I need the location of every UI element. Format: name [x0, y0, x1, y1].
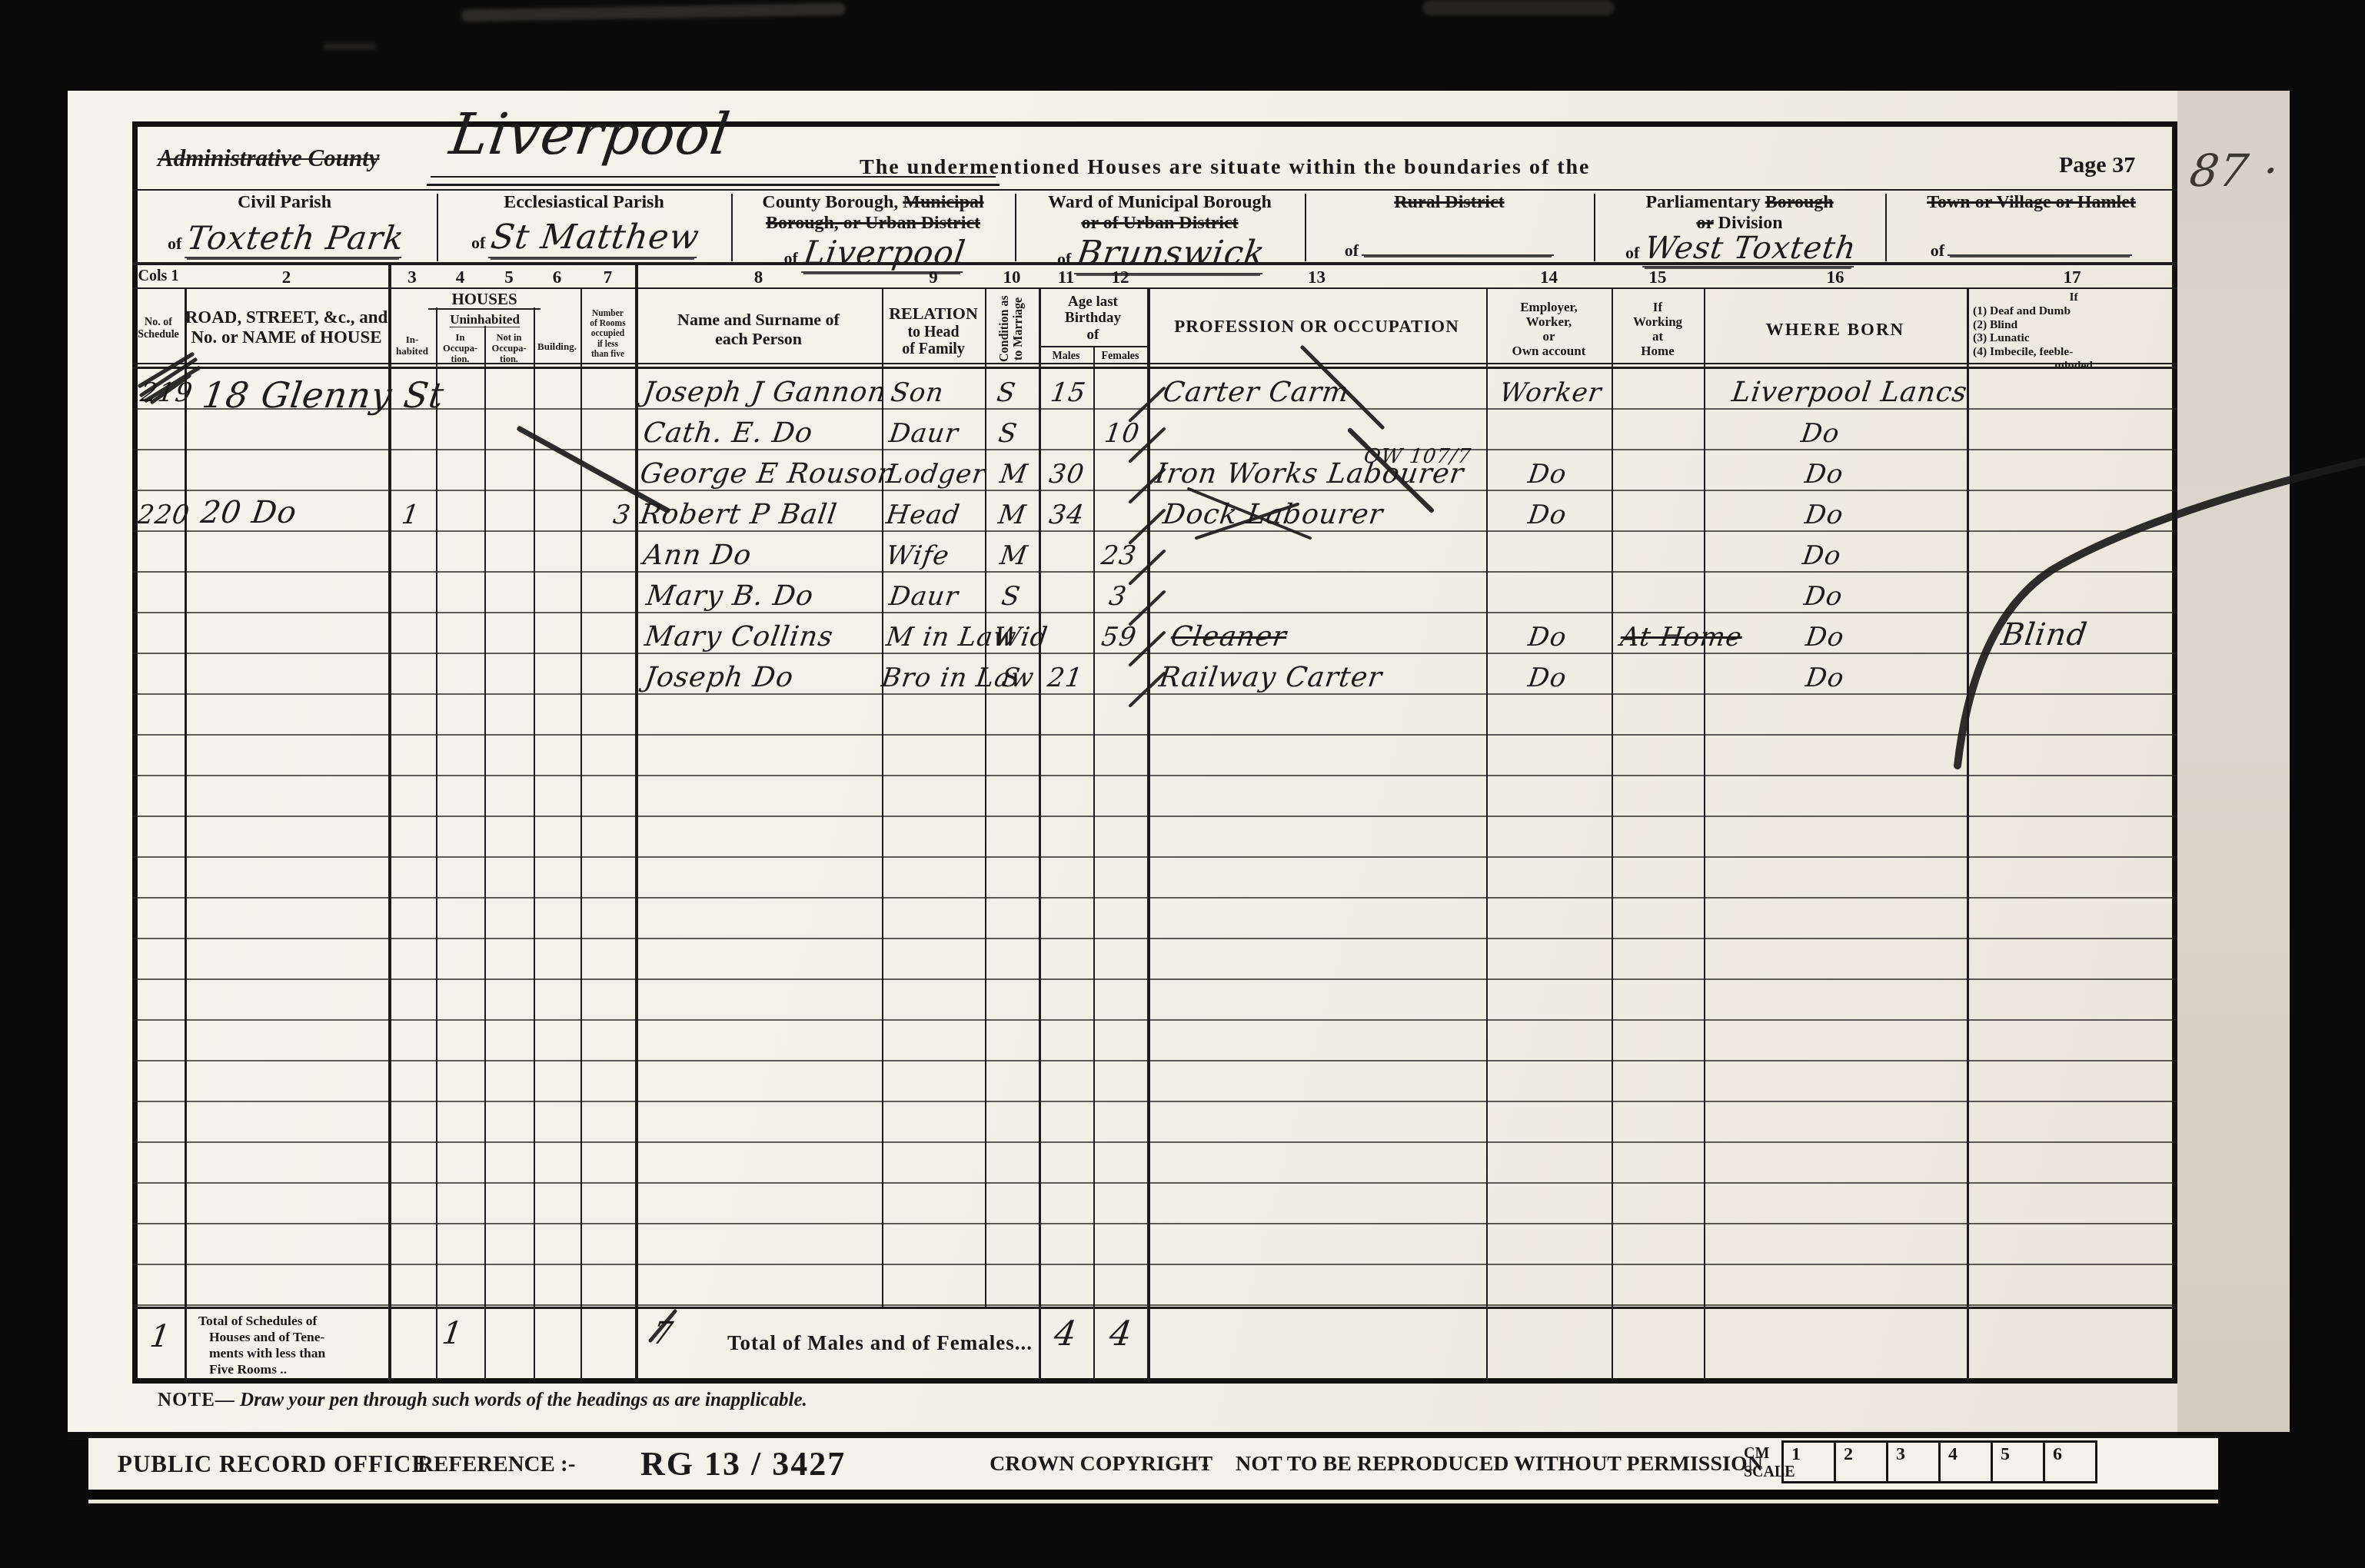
age-female: 59 — [1099, 622, 1139, 653]
note-text: Draw your pen through such words of the … — [240, 1390, 807, 1410]
scale-tick: 2 — [1844, 1444, 1853, 1465]
district-box-ward: Ward of Municipal Borough or of Urban Di… — [1015, 192, 1305, 265]
header-line: Building. — [537, 341, 577, 352]
header-line: (2) Blind — [1973, 318, 2174, 332]
employer-status: Worker — [1498, 377, 1604, 408]
census-row-6: Mary B. Do Daur S 3 Do — [132, 573, 2177, 613]
header-bottom-rule — [132, 363, 2177, 364]
person-name: Ann Do — [641, 540, 753, 571]
condition: M — [996, 500, 1028, 530]
header-line: Occupa- — [443, 343, 477, 354]
header-line: Schedule — [138, 329, 179, 341]
header-profession: PROFESSION OR OCCUPATION — [1147, 317, 1486, 337]
condition: S — [1000, 581, 1023, 612]
col-number-5: 5 — [484, 267, 534, 287]
boxes-bottom-rule — [132, 262, 2177, 265]
scale-tick: 6 — [2053, 1444, 2062, 1465]
label-struck: Municipal — [903, 192, 983, 212]
label-line: Total of Schedules of — [198, 1313, 391, 1329]
header-line: Name and Surname of — [677, 310, 840, 329]
schedule-number: 220 — [135, 500, 192, 530]
where-born: Liverpool Lancs — [1730, 377, 1970, 408]
houses-inhabited: 1 — [400, 500, 421, 530]
header-line: habited — [396, 345, 428, 357]
crown-copyright-label: CROWN COPYRIGHT — [990, 1452, 1212, 1477]
where-born: Do — [1803, 500, 1845, 530]
header-line: each Person — [715, 329, 802, 348]
label-line: Five Rooms .. — [198, 1361, 391, 1377]
label-struck: Rural District — [1394, 192, 1504, 212]
town-value — [1948, 233, 2132, 256]
header-working-at-home: If Working at Home — [1612, 300, 1704, 358]
label-struck: Town or Village or Hamlet — [1927, 192, 2136, 212]
road-name: 20 Do — [198, 495, 299, 530]
situate-heading: The undermentioned Houses are situate wi… — [860, 155, 1591, 180]
admin-county-label: Administrative County — [158, 145, 380, 172]
scale-box-5: 5 — [1991, 1440, 2045, 1483]
header-rooms: Number of Rooms occupied if less than fi… — [580, 309, 635, 360]
label-kept: Parliamentary — [1645, 192, 1760, 212]
person-name: Cath. E. Do — [641, 417, 815, 449]
of-word: of — [471, 233, 485, 252]
scale-box-4: 4 — [1938, 1440, 1993, 1483]
header-line: at — [1652, 329, 1663, 344]
males-females-total-label: Total of Males and of Females... — [696, 1331, 1033, 1355]
header-line: No. or NAME of HOUSE — [191, 327, 381, 347]
header-schedule: No. of Schedule — [132, 317, 185, 341]
scan-streak — [323, 43, 377, 50]
header-line: to Head — [907, 324, 959, 341]
where-born: Do — [1804, 663, 1846, 693]
header-line: (4) Imbecile, feeble- — [1973, 345, 2174, 359]
census-row-1: 219 18 Glenny St Joseph J Gannon Son S 1… — [132, 369, 2177, 410]
header-inhabited: In- habited — [388, 334, 436, 357]
employer-status: Do — [1526, 622, 1568, 653]
rural-value — [1362, 233, 1554, 256]
header-line: In — [456, 332, 465, 343]
header-building: Building. — [534, 341, 580, 353]
census-row-2: Cath. E. Do Daur S 10 Do — [132, 410, 2177, 450]
age-male: 21 — [1046, 663, 1085, 693]
box-label: Ward of Municipal Borough or of Urban Di… — [1015, 192, 1305, 234]
box-label: Parliamentary Borough or Division — [1594, 192, 1885, 234]
infirmity: Blind — [1999, 617, 2090, 653]
where-born-label: WHERE BORN — [1766, 320, 1904, 339]
col-number-8: 8 — [635, 267, 882, 287]
census-row-7: Mary Collins M in Law Wid 59 Cleaner Do … — [132, 613, 2177, 654]
eccl-parish-value: St Matthew — [488, 218, 702, 258]
cm-scale-label: CM SCALE — [1709, 1444, 1778, 1463]
header-line: Number — [592, 309, 624, 318]
occupation: Carter Carm — [1161, 377, 1352, 408]
header-relation: RELATION to Head of Family — [882, 304, 985, 357]
header-line: than five — [591, 350, 624, 359]
bar-underline-gap — [88, 1500, 2218, 1503]
label-line: Houses and of Tene- — [198, 1329, 391, 1345]
person-name: George E Rouson — [638, 458, 899, 490]
of-word: of — [1057, 249, 1071, 268]
person-name: Joseph Do — [643, 662, 796, 693]
where-born: Do — [1804, 622, 1846, 653]
box-label: Town or Village or Hamlet — [1885, 192, 2177, 213]
scale-box-6: 6 — [2043, 1440, 2097, 1483]
col-number-9: 9 — [882, 267, 985, 287]
col-number-17: 17 — [1967, 267, 2177, 287]
relation: Daur — [887, 418, 960, 449]
col-number-15: 15 — [1612, 267, 1704, 287]
reference-number: RG 13 / 3427 — [640, 1444, 846, 1483]
header-condition: Condition as to Marriage — [985, 291, 1039, 367]
header-line: of — [1087, 327, 1099, 343]
label-struck: Borough, or Urban District — [766, 213, 980, 233]
header-line: occupied — [591, 329, 624, 338]
district-box-county-borough: County Borough, Municipal Borough, or Ur… — [731, 192, 1015, 265]
scale-tick: 4 — [1948, 1444, 1958, 1465]
header-females: Females — [1093, 350, 1147, 363]
col-number-11: 11 — [1039, 267, 1093, 287]
relation: Wife — [884, 540, 952, 571]
census-row-3: George E Rouson Lodger M 30 Iron Works L… — [132, 450, 2177, 491]
profession-label: PROFESSION OR OCCUPATION — [1174, 317, 1459, 336]
age-female: 23 — [1099, 540, 1139, 571]
scale-tick: 5 — [2001, 1444, 2010, 1465]
header-where-born: WHERE BORN — [1704, 320, 1967, 340]
col-number-3: 3 — [388, 267, 436, 287]
census-row-8: Joseph Do Bro in Law S 21 Railway Carter… — [132, 654, 2177, 695]
header-line: Home — [1641, 344, 1674, 358]
header-males: Males — [1039, 350, 1093, 363]
of-word: of — [1625, 243, 1639, 262]
males-label: Males — [1053, 350, 1080, 362]
where-born: Do — [1801, 540, 1843, 571]
header-road: ROAD, STREET, &c., and No. or NAME of HO… — [185, 307, 388, 347]
col-number-2: 2 — [185, 267, 388, 287]
district-box-rural: Rural District of — [1305, 192, 1594, 265]
person-name: Joseph J Gannon — [641, 377, 889, 408]
relation: Daur — [887, 581, 960, 612]
employer-status: Do — [1526, 663, 1568, 693]
scale-box-2: 2 — [1834, 1440, 1888, 1483]
district-box-eccl-parish: Ecclesiastical Parish of St Matthew — [437, 192, 731, 265]
relation: Head — [884, 500, 962, 530]
header-line: If — [1653, 300, 1662, 314]
age-male: 34 — [1047, 500, 1086, 530]
label-struck: or of Urban District — [1081, 213, 1238, 233]
reference-label: REFERENCE :- — [417, 1452, 575, 1477]
admin-county-value: Liverpool — [446, 101, 734, 168]
condition: M — [998, 540, 1029, 571]
numbers-rule — [132, 287, 2177, 289]
box-label: Rural District — [1305, 192, 1594, 213]
header-infirmity: If (1) Deaf and Dumb (2) Blind (3) Lunat… — [1973, 291, 2174, 373]
label-kept: Ward of Municipal Borough — [1048, 192, 1272, 212]
where-born: Do — [1803, 459, 1845, 490]
scan-streak — [461, 3, 846, 22]
where-born: Do — [1802, 581, 1844, 612]
header-line: (1) Deaf and Dumb — [1973, 304, 2174, 318]
header-employer: Employer, Worker, or Own account — [1486, 300, 1612, 358]
scale-tick: 1 — [1791, 1444, 1801, 1465]
occupation: Cleaner — [1169, 621, 1289, 653]
census-row-4: 220 20 Do 1 3 Robert P Ball Head M 34 Do… — [132, 491, 2177, 532]
scale-tick: 3 — [1896, 1444, 1905, 1465]
reproduction-notice: NOT TO BE REPRODUCED WITHOUT PERMISSION — [1236, 1452, 1763, 1477]
totals-row — [132, 1307, 2177, 1382]
header-not-in-occupation: Not in Occupa- tion. — [484, 332, 534, 364]
header-line: or — [1542, 329, 1555, 344]
header-line: If — [1973, 291, 2174, 304]
occupation: Railway Carter — [1157, 662, 1384, 693]
header-rule — [132, 189, 2177, 191]
header-line: Birthday — [1065, 310, 1121, 326]
employer-status: Do — [1526, 500, 1568, 530]
page-number-label: Page 37 — [2059, 152, 2135, 178]
relation: Son — [889, 377, 946, 408]
admin-underline — [427, 184, 1000, 186]
uninhabited-label: Uninhabited — [450, 312, 520, 327]
label-struck: Borough — [1765, 192, 1834, 212]
rooms-count: 3 — [611, 500, 633, 530]
label-kept: County Borough, — [762, 192, 898, 212]
scan-streak — [1422, 0, 1615, 15]
of-word: of — [1345, 241, 1359, 260]
where-born: Do — [1799, 418, 1841, 449]
col-number-6: 6 — [534, 267, 580, 287]
employer-status: Do — [1526, 459, 1568, 490]
header-line: Own account — [1512, 344, 1586, 358]
condition: M — [998, 459, 1029, 490]
district-box-civil-parish: Civil Parish of Toxteth Park — [132, 192, 437, 265]
header-line: ROAD, STREET, &c., and — [185, 307, 388, 327]
of-word: of — [1931, 241, 1944, 260]
census-row-5: Ann Do Wife M 23 Do — [132, 532, 2177, 573]
header-line: Employer, — [1520, 300, 1577, 314]
age-female: 3 — [1107, 581, 1129, 612]
note-label: NOTE— — [158, 1390, 235, 1410]
box-label: Civil Parish — [132, 192, 437, 213]
col-number-14: 14 — [1486, 267, 1612, 287]
header-line: Not in — [497, 332, 522, 343]
person-name: Mary Collins — [643, 621, 835, 653]
condition: S — [996, 418, 1020, 449]
header-line: RELATION — [889, 304, 978, 323]
header-line: if less — [597, 340, 618, 349]
header-houses-group: HOUSES — [388, 291, 580, 309]
header-line: No. of — [145, 317, 172, 328]
header-line: In- — [406, 334, 419, 345]
females-label: Females — [1102, 350, 1139, 362]
age-male: 30 — [1047, 459, 1086, 490]
folio-number: 87 · — [2187, 145, 2282, 197]
occupation: Dock Labourer — [1161, 499, 1385, 530]
header-line: (3) Lunatic — [1973, 331, 2174, 345]
schedule-number: 219 — [138, 377, 195, 408]
district-box-parliamentary: Parliamentary Borough or Division of Wes… — [1594, 192, 1885, 265]
condition: Wid — [992, 622, 1050, 653]
condition-label: Condition as to Marriage — [998, 291, 1026, 367]
header-line: of Rooms — [590, 319, 625, 328]
houses-label: HOUSES — [428, 290, 540, 310]
cm-label: CM — [1744, 1444, 1769, 1463]
bar-underline — [88, 1490, 2218, 1500]
condition: S — [995, 377, 1018, 408]
col-number-4: 4 — [436, 267, 484, 287]
col-number-13: 13 — [1147, 267, 1486, 287]
header-in-occupation: In Occupa- tion. — [436, 332, 484, 364]
person-name: Mary B. Do — [644, 580, 816, 612]
scale-box-1: 1 — [1781, 1440, 1836, 1483]
working-at-home: At Home — [1618, 622, 1745, 653]
box-label: Ecclesiastical Parish — [437, 192, 731, 213]
box-label: County Borough, Municipal Borough, or Ur… — [731, 192, 1015, 234]
annotation: OW 107/7 — [1362, 445, 1472, 468]
header-age-group: Age last Birthday of — [1039, 294, 1147, 343]
header-uninhabited: Uninhabited — [436, 312, 534, 327]
headings-note: NOTE— Draw your pen through such words o… — [158, 1390, 807, 1411]
census-scan-page: 87 · Administrative County Liverpool The… — [0, 0, 2365, 1568]
age-male: 15 — [1049, 377, 1088, 408]
of-word: of — [168, 234, 181, 253]
col-number-10: 10 — [985, 267, 1039, 287]
col-number-7: 7 — [580, 267, 635, 287]
page-edge-strip: 87 · — [2177, 91, 2290, 1432]
relation: Lodger — [884, 459, 988, 490]
copyright-separator: - — [1202, 1452, 1209, 1477]
header-line: Working — [1633, 314, 1682, 329]
district-box-town: Town or Village or Hamlet of — [1885, 192, 2177, 265]
pro-office-label: PUBLIC RECORD OFFICE — [118, 1450, 428, 1478]
schedules-total-label: Total of Schedules of Houses and of Tene… — [198, 1313, 391, 1377]
header-line: of Family — [902, 341, 965, 357]
age-female: 10 — [1103, 418, 1142, 449]
col-number-16: 16 — [1704, 267, 1967, 287]
col-number-12: 12 — [1093, 267, 1147, 287]
col-number-1: Cols 1 — [134, 267, 183, 285]
header-line: Worker, — [1526, 314, 1572, 329]
person-name: Robert P Ball — [638, 499, 840, 530]
label-line: ments with less than — [198, 1345, 391, 1361]
header-name: Name and Surname of each Person — [635, 311, 882, 348]
header-line: Occupa- — [491, 343, 526, 354]
header-line: Age last — [1068, 294, 1118, 310]
scale-box-3: 3 — [1886, 1440, 1941, 1483]
civil-parish-value: Toxteth Park — [185, 219, 407, 258]
